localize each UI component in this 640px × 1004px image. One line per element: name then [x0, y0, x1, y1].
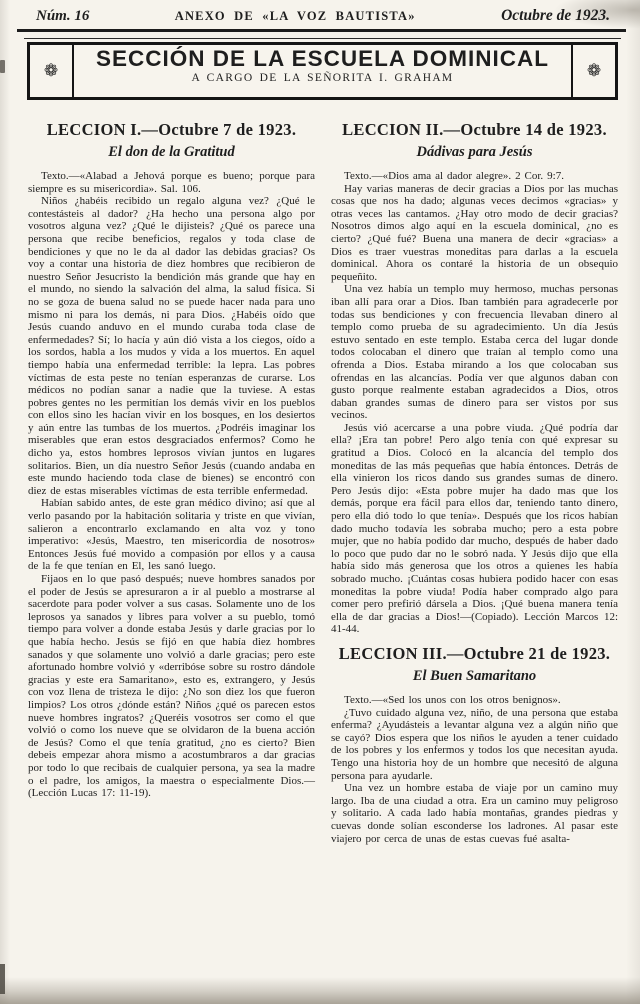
content-columns: LECCION I.—Octubre 7 de 1923. El don de … — [0, 100, 640, 845]
lesson-paragraph: Texto.—«Alabad a Jehová porque es bueno;… — [28, 170, 315, 195]
scanned-page: Núm. 16 ANEXO DE «LA VOZ BAUTISTA» Octub… — [0, 0, 640, 1004]
lesson-paragraph: Texto.—«Sed los unos con los otros benig… — [331, 694, 618, 707]
banner-subtitle: A CARGO DE LA SEÑORITA I. GRAHAM — [74, 72, 571, 84]
lesson-paragraph: ¿Tuvo cuidado alguna vez, niño, de una p… — [331, 707, 618, 783]
lesson-paragraph: Niños ¿habéis recibido un regalo alguna … — [28, 195, 315, 497]
scan-artifact — [0, 60, 5, 73]
banner-right-cell: ❁ — [571, 45, 615, 97]
column-left: LECCION I.—Octubre 7 de 1923. El don de … — [28, 112, 315, 845]
banner-center: SECCIÓN DE LA ESCUELA DOMINICAL A CARGO … — [74, 45, 571, 97]
column-right: LECCION II.—Octubre 14 de 1923. Dádivas … — [331, 112, 618, 845]
rosette-icon: ❁ — [44, 63, 58, 80]
lesson-heading: LECCION III.—Octubre 21 de 1923. — [331, 644, 618, 664]
lesson-2: LECCION II.—Octubre 14 de 1923. Dádivas … — [331, 120, 618, 636]
rosette-icon: ❁ — [587, 63, 601, 80]
lesson-paragraph: Una vez un hombre estaba de viaje por un… — [331, 782, 618, 845]
issue-number: Núm. 16 — [36, 8, 89, 25]
lesson-3: LECCION III.—Octubre 21 de 1923. El Buen… — [331, 644, 618, 845]
lesson-paragraph: Fijaos en lo que pasó después; nueve hom… — [28, 573, 315, 800]
lesson-paragraph: Una vez había un templo muy hermoso, muc… — [331, 283, 618, 422]
lesson-paragraph: Texto.—«Dios ama al dador alegre». 2 Cor… — [331, 170, 618, 183]
lesson-heading: LECCION II.—Octubre 14 de 1923. — [331, 120, 618, 140]
lesson-paragraph: Habían sabido antes, de este gran médico… — [28, 497, 315, 573]
lesson-1: LECCION I.—Octubre 7 de 1923. El don de … — [28, 120, 315, 800]
lesson-paragraph: Jesús vió acercarse a una pobre viuda. ¿… — [331, 422, 618, 636]
lesson-title: El don de la Gratitud — [28, 143, 315, 161]
scan-artifact — [0, 964, 5, 994]
section-banner: ❁ SECCIÓN DE LA ESCUELA DOMINICAL A CARG… — [27, 42, 618, 100]
header-rule — [17, 29, 626, 32]
journal-title: ANEXO DE «LA VOZ BAUTISTA» — [175, 9, 416, 24]
page-header: Núm. 16 ANEXO DE «LA VOZ BAUTISTA» Octub… — [0, 0, 640, 25]
issue-date: Octubre de 1923. — [501, 7, 610, 25]
lesson-paragraph: Hay varias maneras de decir gracias a Di… — [331, 183, 618, 284]
lesson-title: Dádivas para Jesús — [331, 143, 618, 161]
lesson-heading: LECCION I.—Octubre 7 de 1923. — [28, 120, 315, 140]
lesson-title: El Buen Samaritano — [331, 667, 618, 685]
banner-title: SECCIÓN DE LA ESCUELA DOMINICAL — [74, 47, 571, 71]
banner-left-cell: ❁ — [30, 45, 74, 97]
